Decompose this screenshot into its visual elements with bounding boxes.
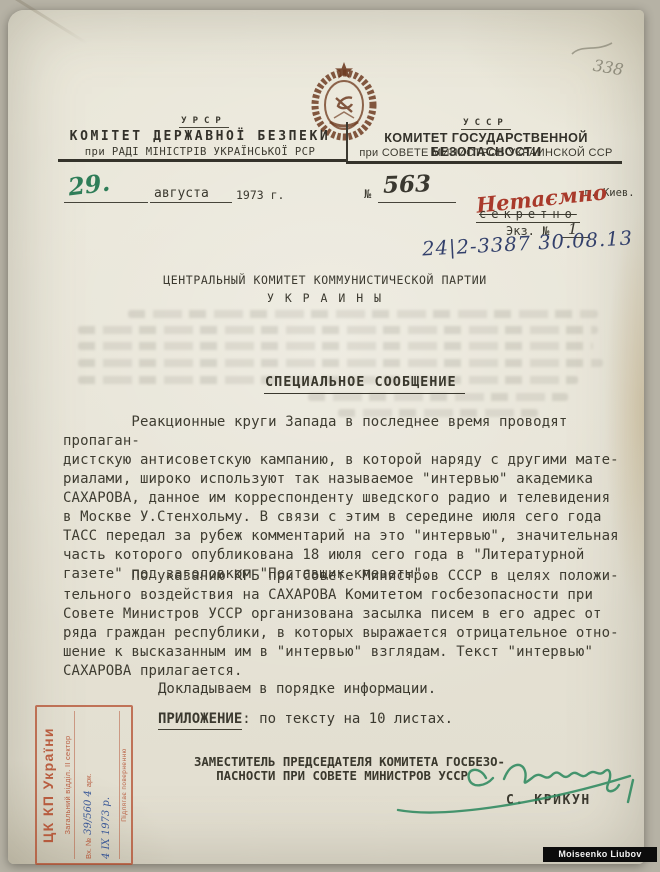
header-left-line1: КОМІТЕТ ДЕРЖАВНОЇ БЕЗПЕКИ	[52, 129, 348, 144]
attachment-line: ПРИЛОЖЕНИЕ: по тексту на 10 листах.	[158, 711, 453, 727]
header-left-country: УРСР	[60, 116, 348, 126]
body-paragraph-1: Реакционные круги Запада в последнее вре…	[63, 413, 638, 584]
document-title: СПЕЦИАЛЬНОЕ СООБЩЕНИЕ	[264, 374, 465, 394]
attachment-label: ПРИЛОЖЕНИЕ	[158, 711, 242, 730]
body-paragraph-2: По указанию КГБ при Совете Министров ССС…	[63, 567, 638, 681]
struck-secret-stamp: секретно	[476, 207, 580, 223]
photo-credit: Moiseenko Liubov	[543, 847, 657, 862]
handwritten-number: 563	[383, 170, 432, 199]
bleedthrough-row	[308, 393, 568, 401]
printed-year: 1973 г.	[236, 188, 284, 202]
pencil-page-number: 338	[592, 56, 625, 80]
bleedthrough-row	[78, 342, 593, 350]
stamp-entry-label: Вх. №	[84, 838, 93, 859]
handwritten-signature	[386, 748, 642, 818]
stamp-date: 4 ІХ 1973 р.	[101, 797, 112, 859]
bleedthrough-row	[78, 359, 603, 367]
stamp-sheets-label: арк.	[84, 773, 93, 787]
handwritten-registration: 24|2-3387 30.08.13	[422, 226, 634, 260]
stamp-entry-number: 39/560	[83, 800, 94, 835]
header-rule-left	[58, 159, 346, 162]
stamp-org: ЦК КП України	[40, 711, 56, 859]
number-label: №	[364, 187, 371, 201]
stamp-dept: Загальний відділ. ІІ сектор	[63, 711, 75, 859]
bleedthrough-row	[78, 326, 598, 334]
incoming-stamp: ЦК КП України Загальний відділ. ІІ секто…	[34, 704, 134, 866]
bleedthrough-row	[128, 310, 598, 318]
header-right-line2: при СОВЕТЕ МИНИСТРОВ УКРАИНСКОЙ ССР	[348, 147, 624, 159]
handwritten-day: 29.	[66, 168, 111, 202]
document-paper: УРСР КОМІТЕТ ДЕРЖАВНОЇ БЕЗПЕКИ при РАДІ …	[8, 10, 644, 864]
header-left-line2: при РАДІ МІНІСТРІВ УКРАЇНСЬКОЇ РСР	[52, 146, 348, 158]
scanned-document-photo: УРСР КОМІТЕТ ДЕРЖАВНОЇ БЕЗПЕКИ при РАДІ …	[0, 0, 660, 872]
stamp-sheets: 4	[83, 790, 94, 796]
pencil-scribble	[570, 40, 614, 58]
typed-month: августа	[154, 186, 209, 201]
paper-crease	[10, 0, 88, 45]
header-rule-right	[346, 161, 622, 164]
body-paragraph-3: Докладываем в порядке информации.	[158, 681, 436, 697]
header-right-country: УССР	[350, 118, 622, 128]
addressee-line1: ЦЕНТРАЛЬНЫЙ КОМИТЕТ КОММУНИСТИЧЕСКОЙ ПАР…	[60, 273, 590, 287]
stamp-note: Підлягає поверненню	[119, 711, 128, 859]
addressee-line2: У К Р А И Н Ы	[60, 291, 590, 305]
attachment-text: : по тексту на 10 листах.	[242, 711, 453, 727]
